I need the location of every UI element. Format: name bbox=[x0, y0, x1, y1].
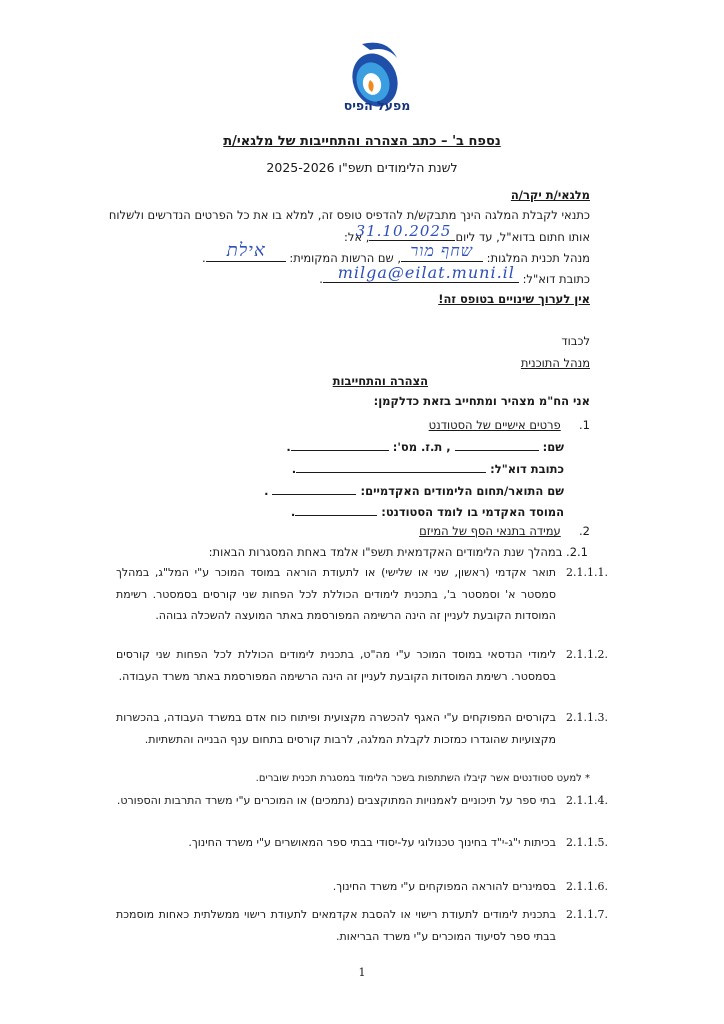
list-item: 2.1.1.2.לימודי הנדסאי במוסד המוכר ע"י מה… bbox=[116, 644, 608, 687]
list-item-number: 2.1.1.2. bbox=[556, 644, 608, 666]
section-2-heading: 2. עמידה בתנאי הסף של המיזם bbox=[419, 524, 590, 538]
document-subtitle: לשנת הלימודים תשפ"ו 2025-2026 bbox=[0, 160, 724, 175]
authority-value: אילת bbox=[227, 240, 266, 261]
section-2-1-number: 2.1 bbox=[570, 545, 588, 559]
institution-field[interactable] bbox=[295, 503, 377, 516]
list-item-text: בתי ספר על תיכוניים לאמנויות המתוקצבים (… bbox=[117, 794, 556, 807]
list-item-number: 2.1.1.4. bbox=[556, 790, 608, 812]
institution-line: המוסד האקדמי בו לומד הסטודנט: . bbox=[291, 503, 564, 519]
list-item-text: בסמינרים להוראה המפוקחים ע"י משרד החינוך… bbox=[333, 880, 556, 893]
no-changes-warning: אין לערוך שינויים בטופס זה! bbox=[438, 292, 590, 306]
list-item: 2.1.1.7.בתכנית לימודים לתעודת רישוי או ל… bbox=[116, 904, 608, 947]
page-number: 1 bbox=[0, 966, 724, 979]
section-2-number: 2. bbox=[579, 524, 590, 538]
list-item-text: בקורסים המפוקחים ע"י האגף להכשרה מקצועית… bbox=[116, 711, 556, 746]
declaration-opening: אני הח"מ מצהיר ומתחייב בזאת כדלקמן: bbox=[374, 394, 590, 408]
student-email-field[interactable] bbox=[296, 460, 486, 473]
degree-label: שם התואר/תחום הלימודים האקדמיים: bbox=[360, 484, 564, 498]
section-1-heading: 1. פרטים אישיים של הסטודנט bbox=[429, 418, 590, 432]
intro-line-1: כתנאי לקבלת המלגה הינך מתבקש/ת להדפיס טו… bbox=[109, 208, 590, 222]
deadline-value: 31.10.2025 bbox=[356, 222, 452, 240]
institution-label: המוסד האקדמי בו לומד הסטודנט: bbox=[381, 505, 564, 519]
email-line: כתובת דוא"ל: milga@eilat.muni.il. bbox=[319, 270, 590, 286]
degree-field[interactable] bbox=[272, 482, 356, 495]
addressee-recipient: מנהל התוכנית bbox=[521, 356, 590, 370]
list-item-text: תואר אקדמי (ראשון, שני או שלישי) או לתעו… bbox=[116, 566, 556, 622]
list-item-text: לימודי הנדסאי במוסד המוכר ע"י מה"ט, בתכנ… bbox=[116, 648, 556, 683]
list-item: 2.1.1.6.בסמינרים להוראה המפוקחים ע"י משר… bbox=[116, 876, 608, 898]
manager-field[interactable]: שחף מור bbox=[401, 249, 483, 262]
deadline-field[interactable]: 31.10.2025 bbox=[369, 228, 455, 241]
list-item-bullet: * bbox=[585, 773, 590, 784]
section-2-1-text: במהלך שנת הלימודים האקדמאית תשפ"ו אלמד ב… bbox=[209, 545, 563, 559]
authority-field[interactable]: אילת bbox=[206, 249, 286, 262]
student-email-line: כתובת דוא"ל: . bbox=[292, 460, 564, 476]
section-2-title: עמידה בתנאי הסף של המיזם bbox=[419, 524, 561, 538]
email-field[interactable]: milga@eilat.muni.il bbox=[323, 270, 519, 283]
section-1-title: פרטים אישיים של הסטודנט bbox=[429, 418, 561, 432]
logo-text: מפעל הפיס bbox=[330, 98, 424, 113]
list-item: 2.1.1.5.בכיתות י"ג-י"ד בחינוך טכנולוגי ע… bbox=[116, 832, 608, 854]
section-2-1: 2.1. במהלך שנת הלימודים האקדמאית תשפ"ו א… bbox=[209, 545, 588, 559]
degree-line: שם התואר/תחום הלימודים האקדמיים: . bbox=[264, 482, 564, 498]
list-item-text: בתכנית לימודים לתעודת רישוי או להסבת אקד… bbox=[116, 908, 556, 943]
list-item: 2.1.1.3.בקורסים המפוקחים ע"י האגף להכשרה… bbox=[116, 707, 608, 750]
document-page: מפעל הפיס נספח ב' – כתב הצהרה והתחייבות … bbox=[0, 0, 724, 1024]
addressee-to: לכבוד bbox=[561, 334, 590, 348]
list-item: 2.1.1.4.בתי ספר על תיכוניים לאמנויות המת… bbox=[116, 790, 608, 812]
list-item-text: למעט סטודנטים אשר קיבלו השתתפות בשכר הלי… bbox=[256, 773, 582, 784]
list-item-number: 2.1.1.1. bbox=[556, 562, 608, 584]
list-item-text: בכיתות י"ג-י"ד בחינוך טכנולוגי על-יסודי … bbox=[188, 836, 556, 849]
list-item-number: 2.1.1.3. bbox=[556, 707, 608, 729]
document-title: נספח ב' – כתב הצהרה והתחייבות של מלגאי/ת bbox=[0, 134, 724, 149]
student-id-label: , ת.ז. מס': bbox=[393, 440, 451, 454]
student-name-line: שם: , ת.ז. מס': . bbox=[286, 438, 564, 454]
student-name-field[interactable] bbox=[455, 438, 539, 451]
declaration-heading: הצהרה והתחייבות bbox=[333, 374, 428, 388]
list-item-number: 2.1.1.7. bbox=[556, 904, 608, 926]
list-item: 2.1.1.1.תואר אקדמי (ראשון, שני או שלישי)… bbox=[116, 562, 608, 627]
greeting: מלגאי/ת יקר/ה bbox=[511, 188, 590, 202]
email-value: milga@eilat.muni.il bbox=[338, 263, 515, 282]
manager-value: שחף מור bbox=[410, 241, 473, 261]
list-item-number: 2.1.1.5. bbox=[556, 832, 608, 854]
section-1-number: 1. bbox=[579, 418, 590, 432]
deadline-label: אותו חתום בדוא"ל, עד ליום bbox=[455, 230, 590, 244]
email-label: כתובת דוא"ל: bbox=[523, 272, 590, 286]
student-name-label: שם: bbox=[543, 440, 564, 454]
student-email-label: כתובת דוא"ל: bbox=[490, 462, 564, 476]
list-item-number: 2.1.1.6. bbox=[556, 876, 608, 898]
student-id-field[interactable] bbox=[291, 438, 389, 451]
list-item: * למעט סטודנטים אשר קיבלו השתתפות בשכר ה… bbox=[90, 768, 590, 790]
